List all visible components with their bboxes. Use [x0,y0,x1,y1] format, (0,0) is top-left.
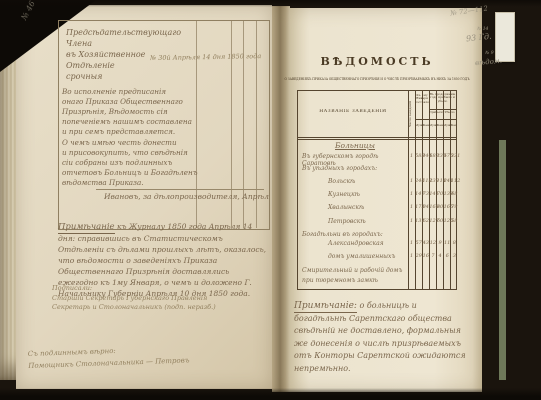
row-label: Кузнецкѣ [298,191,408,198]
row-value: 331 [451,153,458,159]
table-groupB-header: Въ продолженіе года прибыло и убыло [429,93,456,103]
row-value: 80 [437,204,444,210]
table-row: Богадѣльни въ городахъ: [298,231,458,238]
table-sex-col-6: Жен. [450,124,456,127]
row-value: 12 [429,240,436,246]
row-value: 141 [429,191,436,197]
table-row: Кузнецкѣ 1 147 73 141 70 139 68 [298,191,458,198]
row-value: 125 [444,218,451,224]
table-sex-col-3: Муж. [429,124,436,127]
row-value: 168 [429,204,436,210]
row-value: 58 [451,218,458,224]
row-value: 62 [422,218,429,224]
row-label: Богадѣльни въ городахъ: [298,231,408,238]
row-value: 70 [437,191,444,197]
left-note-label: Примѣчаніе [58,222,115,234]
table-header-line [429,109,456,110]
table-row: Петровскѣ 1 131 62 127 60 125 58 [298,218,458,225]
row-value: 139 [444,191,451,197]
table-row: домъ умалишенныхъ 1 29 16 7 4 6 3 [298,253,458,260]
vedomost-title: ВѢДОМОСТЬ [297,55,457,68]
row-label: Хвалынскѣ [298,204,408,211]
row-value: 1 [408,191,415,197]
row-value: 239 [429,178,436,184]
row-value: 68 [451,191,458,197]
book-gutter [272,6,290,392]
book-scan: № 46 Предсѣдательствующаго Члена въ Хозя… [0,0,541,400]
row-value: 241 [444,178,451,184]
row-value: 3 [451,253,458,259]
vedomost-subtitle: О ЗАВЕДЕНІЯХЪ ПРИКАЗА ОБЩЕСТВЕННАГО ПРИЗ… [284,77,469,81]
row-label: Смирительный и рабочій домъ при тюремном… [298,266,408,286]
row-value: 172 [415,204,422,210]
right-pencil-note-4: № 9 [485,51,494,56]
table-section-row: Больницы [298,141,458,150]
row-value: 1 [408,240,415,246]
bottom-edge-shadow [0,388,541,400]
table-name-header: НАЗВАНІЕ ЗАВЕДЕНІЙ [298,109,408,114]
right-note-label: Примѣчаніе: [294,301,357,313]
row-value: 11 [444,240,451,246]
right-note: Примѣчаніе: о больницѣ и богадѣльнѣ Саре… [294,300,470,375]
table-row: Въ уѣздныхъ городахъ: [298,165,458,172]
row-value: 57 [415,240,422,246]
row-value: 147 [415,191,422,197]
row-value: 127 [429,218,436,224]
table-header-bottom2 [298,139,456,140]
table-header-bottom [298,137,456,138]
row-label: Больницы [298,141,408,150]
row-value: 73 [422,191,429,197]
row-value: 84 [422,204,429,210]
row-value: 582 [429,153,436,159]
row-value: 60 [437,218,444,224]
row-value: 16 [422,253,429,259]
table-sex-col-2: Жен. [422,124,429,127]
right-pencil-note-5: вѣдом. [475,57,503,67]
table-sex-col-4: Жен. [436,124,443,127]
table-groupB-sub2: Убыло [443,111,456,114]
statistics-table: НАЗВАНІЕ ЗАВЕДЕНІЙ Число заведеній Къ 1м… [297,90,457,290]
table-row: Хвалынскѣ 1 172 84 168 80 165 79 [298,204,458,211]
row-value: 339 [437,153,444,159]
bookmark-ribbon [499,140,506,380]
row-value: 344 [422,153,429,159]
table-header-line [415,119,456,120]
clerk-signatures: Подписали: Старшій Секретарь Губернскаго… [52,284,272,313]
row-value: 112 [451,178,458,184]
row-label: Вольскѣ [298,178,408,185]
row-value: 588 [415,153,422,159]
row-value: 4 [437,253,444,259]
table-groupB-sub1: Прибыло [429,111,443,114]
top-edge-shadow [0,0,541,7]
row-value: 8 [451,240,458,246]
row-value: 43 [422,240,429,246]
table-sex-col-5: Муж. [443,124,450,127]
row-value: 165 [444,204,451,210]
row-value: 6 [444,253,451,259]
row-label: домъ умалишенныхъ [298,253,408,260]
row-label: Въ уѣздныхъ городахъ: [298,165,408,172]
row-value: 1 [408,204,415,210]
row-value: 114 [437,178,444,184]
table-groupA-header: Къ 1му Января состояло [415,94,429,104]
left-paragraph-2: О чемъ имѣю честь донести и присовокупит… [62,138,200,188]
right-pencil-note-3: 93 Гд. [466,32,492,44]
row-value: 79 [451,204,458,210]
row-value: 1 [408,153,415,159]
row-value: 246 [415,178,422,184]
row-value: 29 [415,253,422,259]
table-row: Смирительный и рабочій домъ при тюремном… [298,266,458,286]
table-row: Вольскѣ 1 246 118 239 114 241 112 [298,178,458,185]
row-value: 1 [408,253,415,259]
table-row: Александровская 1 57 43 12 9 11 8 [298,240,458,247]
row-label: Петровскѣ [298,218,408,225]
row-value: 576 [444,153,451,159]
row-label: Александровская [298,240,408,247]
left-paragraph-1: Во исполненіе предписанія онаго Приказа … [62,87,198,137]
signature-rule [96,189,264,190]
row-value: 9 [437,240,444,246]
row-value: 131 [415,218,422,224]
table-sex-col-1: Муж. [415,124,422,127]
signature-line: Ивановъ, за дѣлопроизводителя, Апрѣля 14… [104,192,269,201]
paper-tab [495,12,515,62]
row-value: 7 [429,253,436,259]
row-value: 1 [408,218,415,224]
